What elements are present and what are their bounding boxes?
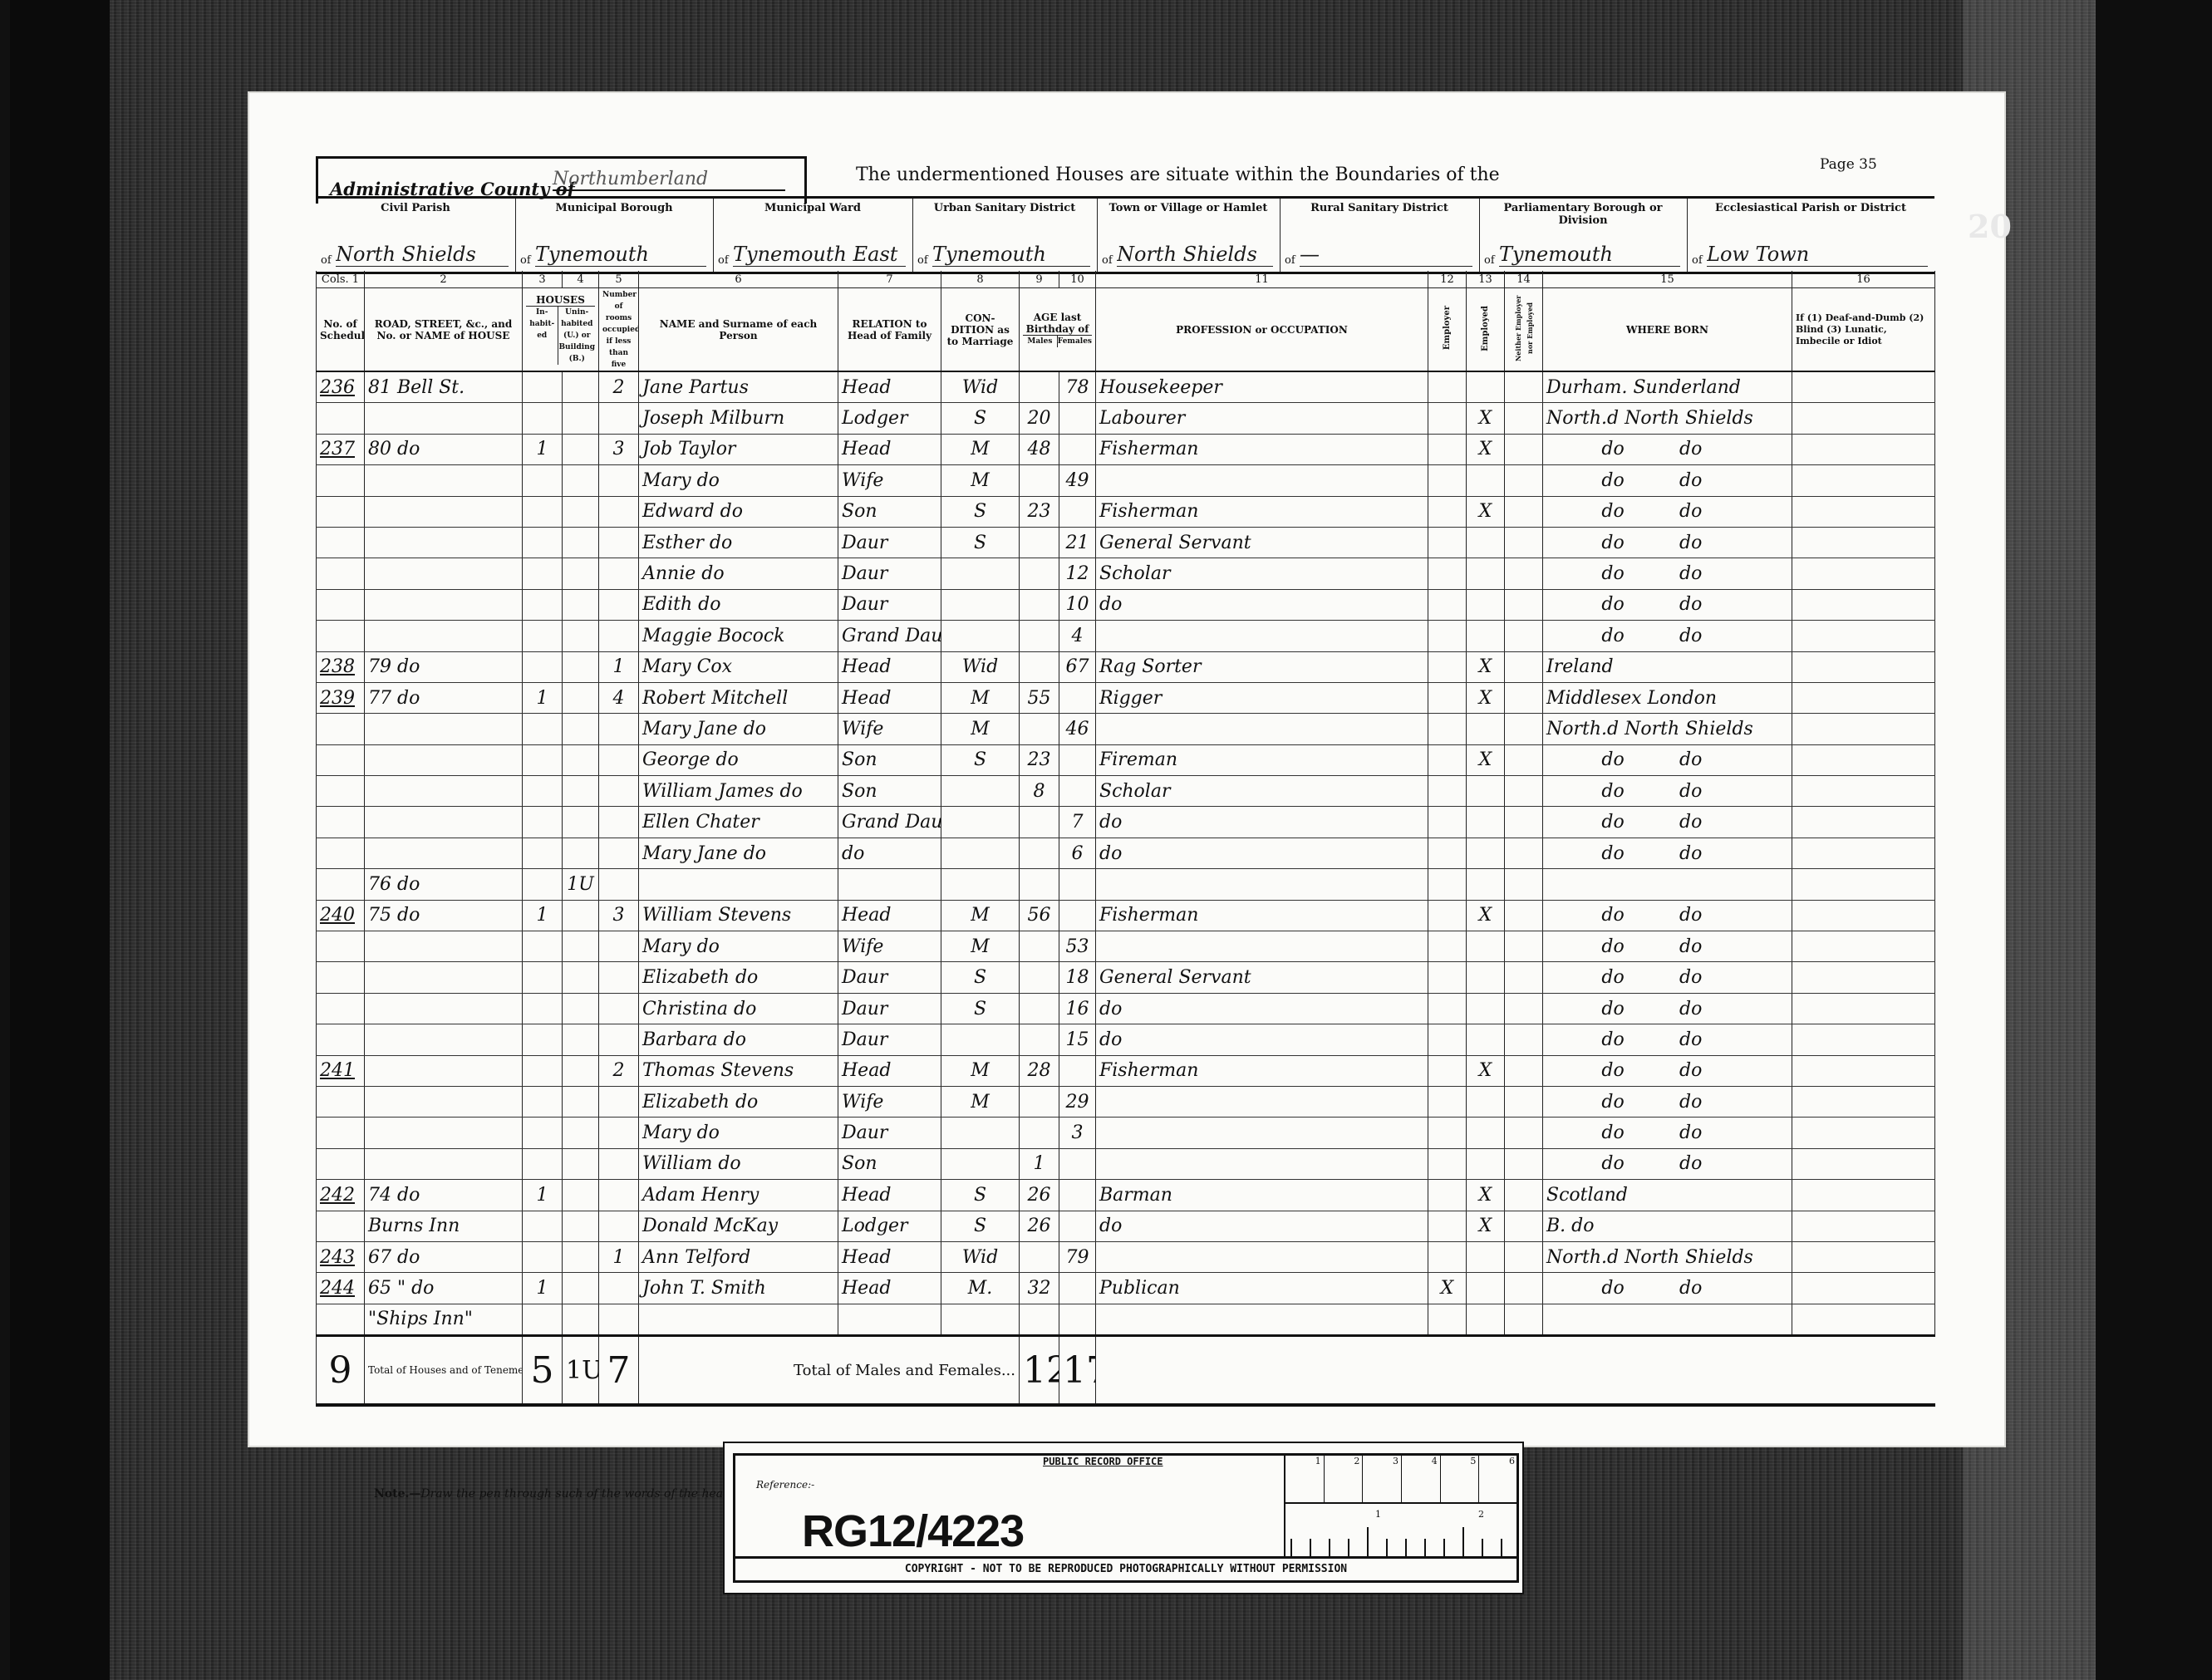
employed-mark: X (1467, 682, 1505, 713)
female-age: 49 (1059, 465, 1096, 496)
inhabited-count (523, 1304, 563, 1335)
table-row: 23879 do1Mary CoxHeadWid67Rag SorterXIre… (317, 651, 1935, 682)
infirmity (1792, 931, 1935, 962)
employer-mark (1428, 931, 1467, 962)
house-address (365, 1086, 523, 1117)
scale-tick (1329, 1539, 1330, 1557)
table-row: Mary doWifeM49dodo (317, 465, 1935, 496)
infirmity (1792, 962, 1935, 993)
neither-mark (1505, 371, 1543, 403)
inhabited-count (523, 589, 563, 620)
occupation (1096, 465, 1428, 496)
rooms-count (599, 838, 639, 868)
person-name: Mary do (639, 1118, 838, 1148)
person-name: John T. Smith (639, 1273, 838, 1304)
uninhabited-count (563, 1118, 599, 1148)
birthplace: dodo (1543, 838, 1792, 868)
relation-to-head: Head (838, 1273, 941, 1304)
employed-mark: X (1467, 744, 1505, 775)
infirmity (1792, 682, 1935, 713)
header-age: AGE last Birthday of Males Females (1020, 288, 1096, 372)
relation-to-head (838, 869, 941, 900)
house-address (365, 931, 523, 962)
total-inhabited: 5 (523, 1336, 563, 1406)
house-address: "Ships Inn" (365, 1304, 523, 1335)
marital-condition: S (941, 527, 1020, 558)
house-address (365, 621, 523, 651)
house-address: 79 do (365, 651, 523, 682)
scale-tick (1367, 1527, 1369, 1557)
neither-mark (1505, 496, 1543, 527)
inhabited-count (523, 744, 563, 775)
rooms-count (599, 1273, 639, 1304)
house-address (365, 714, 523, 744)
male-age: 23 (1020, 496, 1059, 527)
uninhabited-count (563, 1211, 599, 1241)
inhabited-count (523, 838, 563, 868)
occupation: do (1096, 993, 1428, 1024)
employed-mark: X (1467, 1055, 1505, 1086)
birthplace: B. do (1543, 1211, 1792, 1241)
infirmity (1792, 744, 1935, 775)
table-row: Elizabeth doDaurS18General Servantdodo (317, 962, 1935, 993)
inhabited-count (523, 714, 563, 744)
birthplace: dodo (1543, 1024, 1792, 1055)
female-age: 67 (1059, 651, 1096, 682)
occupation (1096, 869, 1428, 900)
marital-condition: M (941, 1055, 1020, 1086)
marital-condition: M (941, 714, 1020, 744)
marital-condition (941, 869, 1020, 900)
header-schedule: No. of Schedule (317, 288, 365, 372)
infirmity (1792, 1273, 1935, 1304)
rooms-count (599, 962, 639, 993)
birthplace: dodo (1543, 900, 1792, 931)
relation-to-head: Wife (838, 931, 941, 962)
house-address (365, 1118, 523, 1148)
birthplace: dodo (1543, 496, 1792, 527)
schedule-number (317, 1211, 365, 1241)
rooms-count (599, 1180, 639, 1211)
birthplace: North.d North Shields (1543, 714, 1792, 744)
female-age (1059, 1148, 1096, 1179)
marital-condition: S (941, 1180, 1020, 1211)
marital-condition: S (941, 993, 1020, 1024)
house-address (365, 465, 523, 496)
marital-condition (941, 1118, 1020, 1148)
neither-mark (1505, 1180, 1543, 1211)
schedule-number (317, 1024, 365, 1055)
male-age (1020, 465, 1059, 496)
neither-mark (1505, 589, 1543, 620)
occupation: Rigger (1096, 682, 1428, 713)
schedule-number (317, 527, 365, 558)
schedule-number (317, 993, 365, 1024)
marital-condition (941, 807, 1020, 838)
table-row: Barbara doDaur15dododo (317, 1024, 1935, 1055)
employer-mark (1428, 589, 1467, 620)
relation-to-head: Head (838, 434, 941, 464)
schedule-number (317, 496, 365, 527)
rooms-count (599, 496, 639, 527)
inhabited-count: 1 (523, 1273, 563, 1304)
birthplace: dodo (1543, 1118, 1792, 1148)
uninhabited-count (563, 651, 599, 682)
occupation (1096, 1118, 1428, 1148)
person-name: Ann Telford (639, 1241, 838, 1272)
schedule-number: 242 (317, 1180, 365, 1211)
inhabited-count (523, 651, 563, 682)
boundaries-text: The undermentioned Houses are situate wi… (856, 165, 1500, 185)
male-age (1020, 589, 1059, 620)
header-occupation: PROFESSION or OCCUPATION (1096, 288, 1428, 372)
census-form: Administrative County of Northumberland … (316, 146, 1934, 1442)
employed-mark: X (1467, 403, 1505, 434)
schedule-number (317, 962, 365, 993)
inhabited-count (523, 1148, 563, 1179)
employed-mark (1467, 371, 1505, 403)
uninhabited-count (563, 744, 599, 775)
inhabited-count (523, 465, 563, 496)
neither-mark (1505, 1241, 1543, 1272)
female-age (1059, 1304, 1096, 1335)
house-address: 65 " do (365, 1273, 523, 1304)
neither-mark (1505, 962, 1543, 993)
infirmity (1792, 1211, 1935, 1241)
rooms-count (599, 744, 639, 775)
occupation: Rag Sorter (1096, 651, 1428, 682)
employed-mark (1467, 589, 1505, 620)
neither-mark (1505, 527, 1543, 558)
uninhabited-count (563, 1180, 599, 1211)
measurement-scale: 1 2 3 4 5 6 1 2 (1284, 1456, 1518, 1557)
employed-mark: X (1467, 496, 1505, 527)
reference-card: PUBLIC RECORD OFFICE Reference:- RG12/42… (723, 1442, 1524, 1594)
table-row: Edward doSonS23FishermanXdodo (317, 496, 1935, 527)
scale-tick (1348, 1539, 1349, 1557)
house-address (365, 589, 523, 620)
birthplace (1543, 869, 1792, 900)
infirmity (1792, 807, 1935, 838)
employed-mark (1467, 527, 1505, 558)
table-row: William James doSon8Scholardodo (317, 776, 1935, 807)
relation-to-head: Daur (838, 993, 941, 1024)
person-name: Donald McKay (639, 1211, 838, 1241)
employed-mark: X (1467, 434, 1505, 464)
occupation (1096, 714, 1428, 744)
scale-tick (1290, 1539, 1292, 1557)
infirmity (1792, 621, 1935, 651)
infirmity (1792, 1180, 1935, 1211)
relation-to-head: Head (838, 900, 941, 931)
female-age (1059, 434, 1096, 464)
scale-tick (1310, 1539, 1311, 1557)
table-row: Edith doDaur10dododo (317, 589, 1935, 620)
house-address (365, 496, 523, 527)
town-village-hamlet: Town or Village or Hamlet of North Shiel… (1097, 199, 1281, 272)
employed-mark (1467, 1241, 1505, 1272)
table-row: George doSonS23FiremanXdodo (317, 744, 1935, 775)
relation-to-head: Daur (838, 1024, 941, 1055)
relation-to-head: Wife (838, 1086, 941, 1117)
employed-mark (1467, 962, 1505, 993)
census-table: Cols. 1 2 3 4 5 6 7 8 9 10 11 12 13 14 1… (316, 271, 1935, 1407)
location-row: Civil Parish of North Shields Municipal … (316, 196, 1934, 274)
relation-to-head (838, 1304, 941, 1335)
total-persons-label: Total of Males and Females... (639, 1336, 1020, 1406)
house-address: 81 Bell St. (365, 371, 523, 403)
female-age (1059, 744, 1096, 775)
schedule-number (317, 869, 365, 900)
header-neither: Neither Employer nor Employed (1505, 288, 1543, 372)
rooms-count (599, 1211, 639, 1241)
schedule-number (317, 558, 365, 589)
rooms-count (599, 403, 639, 434)
employed-mark (1467, 1086, 1505, 1117)
schedule-number (317, 621, 365, 651)
female-age: 7 (1059, 807, 1096, 838)
person-name: Elizabeth do (639, 1086, 838, 1117)
birthplace: dodo (1543, 527, 1792, 558)
schedule-number (317, 931, 365, 962)
table-row: 76 do1U (317, 869, 1935, 900)
uninhabited-count (563, 807, 599, 838)
infirmity (1792, 558, 1935, 589)
marital-condition (941, 1304, 1020, 1335)
schedule-number: 243 (317, 1241, 365, 1272)
male-age (1020, 651, 1059, 682)
scale-tick (1405, 1539, 1407, 1557)
house-address (365, 558, 523, 589)
rooms-count (599, 1024, 639, 1055)
schedule-number (317, 838, 365, 868)
rooms-count (599, 1304, 639, 1335)
male-age (1020, 621, 1059, 651)
neither-mark (1505, 1273, 1543, 1304)
occupation: do (1096, 1211, 1428, 1241)
inhabited-count (523, 807, 563, 838)
employed-mark (1467, 558, 1505, 589)
uninhabited-count (563, 931, 599, 962)
employed-mark: X (1467, 1211, 1505, 1241)
schedule-number (317, 776, 365, 807)
employer-mark (1428, 962, 1467, 993)
rooms-count (599, 1118, 639, 1148)
table-row: Joseph MilburnLodgerS20LabourerXNorth.d … (317, 403, 1935, 434)
employer-mark (1428, 1211, 1467, 1241)
uninhabited-count (563, 993, 599, 1024)
neither-mark (1505, 1304, 1543, 1335)
marital-condition: Wid (941, 651, 1020, 682)
relation-to-head: do (838, 838, 941, 868)
scale-tick (1443, 1539, 1445, 1557)
header-employer: Employer (1428, 288, 1467, 372)
relation-to-head: Head (838, 682, 941, 713)
male-age (1020, 838, 1059, 868)
reference-code: RG12/4223 (802, 1506, 1024, 1557)
house-address (365, 527, 523, 558)
reference-label: Reference:- (756, 1479, 814, 1491)
employed-mark (1467, 807, 1505, 838)
birthplace: dodo (1543, 962, 1792, 993)
relation-to-head: Son (838, 496, 941, 527)
occupation: Barman (1096, 1180, 1428, 1211)
rooms-count (599, 1086, 639, 1117)
table-row: Mary Jane dodo6dododo (317, 838, 1935, 868)
house-address (365, 1024, 523, 1055)
rooms-count (599, 869, 639, 900)
inhabited-count (523, 1241, 563, 1272)
employer-mark (1428, 558, 1467, 589)
employer-mark (1428, 869, 1467, 900)
female-age: 10 (1059, 589, 1096, 620)
occupation: Housekeeper (1096, 371, 1428, 403)
birthplace: North.d North Shields (1543, 403, 1792, 434)
inhabited-count: 1 (523, 682, 563, 713)
employer-mark (1428, 651, 1467, 682)
birthplace: dodo (1543, 434, 1792, 464)
scale-tick (1424, 1539, 1426, 1557)
relation-to-head: Daur (838, 527, 941, 558)
neither-mark (1505, 993, 1543, 1024)
employed-mark (1467, 1024, 1505, 1055)
occupation: Scholar (1096, 776, 1428, 807)
infirmity (1792, 838, 1935, 868)
header-condition: CON-DITION as to Marriage (941, 288, 1020, 372)
house-address: Burns Inn (365, 1211, 523, 1241)
uninhabited-count (563, 403, 599, 434)
birthplace: dodo (1543, 465, 1792, 496)
male-age (1020, 527, 1059, 558)
occupation: Fisherman (1096, 900, 1428, 931)
employed-mark: X (1467, 900, 1505, 931)
male-age (1020, 371, 1059, 403)
employer-mark (1428, 1304, 1467, 1335)
birthplace: Ireland (1543, 651, 1792, 682)
schedule-number (317, 589, 365, 620)
birthplace: dodo (1543, 1273, 1792, 1304)
relation-to-head: Head (838, 1241, 941, 1272)
schedule-number (317, 714, 365, 744)
house-address (365, 1148, 523, 1179)
birthplace: dodo (1543, 1148, 1792, 1179)
rooms-count (599, 1148, 639, 1179)
male-age (1020, 1118, 1059, 1148)
uninhabited-count (563, 682, 599, 713)
male-age (1020, 869, 1059, 900)
employed-mark: X (1467, 651, 1505, 682)
inhabited-count: 1 (523, 434, 563, 464)
employer-mark (1428, 682, 1467, 713)
female-age: 16 (1059, 993, 1096, 1024)
schedule-number (317, 403, 365, 434)
male-age (1020, 931, 1059, 962)
female-age: 46 (1059, 714, 1096, 744)
table-row: 24075 do13William StevensHeadM56Fisherma… (317, 900, 1935, 931)
birthplace: dodo (1543, 993, 1792, 1024)
schedule-number: 238 (317, 651, 365, 682)
marital-condition: S (941, 962, 1020, 993)
uninhabited-count (563, 558, 599, 589)
marital-condition (941, 589, 1020, 620)
employer-mark: X (1428, 1273, 1467, 1304)
table-row: Maggie BocockGrand Daur4dodo (317, 621, 1935, 651)
birthplace: dodo (1543, 744, 1792, 775)
infirmity (1792, 900, 1935, 931)
table-row: 24274 do1Adam HenryHeadS26BarmanXScotlan… (317, 1180, 1935, 1211)
relation-to-head: Daur (838, 589, 941, 620)
relation-to-head: Head (838, 371, 941, 403)
infirmity (1792, 1086, 1935, 1117)
employer-mark (1428, 1241, 1467, 1272)
rooms-count: 3 (599, 434, 639, 464)
female-age (1059, 1211, 1096, 1241)
header-rooms: Number of rooms occupied if less than fi… (599, 288, 639, 372)
occupation: Scholar (1096, 558, 1428, 589)
rooms-count (599, 807, 639, 838)
male-age: 26 (1020, 1211, 1059, 1241)
uninhabited-count (563, 776, 599, 807)
female-age: 12 (1059, 558, 1096, 589)
employer-mark (1428, 496, 1467, 527)
scale-tick (1462, 1527, 1464, 1557)
male-age: 1 (1020, 1148, 1059, 1179)
neither-mark (1505, 807, 1543, 838)
inhabited-count (523, 621, 563, 651)
occupation: Fisherman (1096, 496, 1428, 527)
rooms-count (599, 527, 639, 558)
person-name: Esther do (639, 527, 838, 558)
person-name: Edith do (639, 589, 838, 620)
house-address (365, 1055, 523, 1086)
infirmity (1792, 1241, 1935, 1272)
infirmity (1792, 776, 1935, 807)
header-infirmity: If (1) Deaf-and-Dumb (2) Blind (3) Lunat… (1792, 288, 1935, 372)
column-headers: No. of Schedule ROAD, STREET, &c., and N… (317, 288, 1935, 372)
occupation (1096, 1148, 1428, 1179)
folio-number: 20 (1968, 208, 2012, 245)
employer-mark (1428, 1118, 1467, 1148)
parliamentary-borough: Parliamentary Borough or Division of Tyn… (1479, 199, 1688, 272)
house-address (365, 838, 523, 868)
total-schedules: 9 (317, 1336, 365, 1406)
header-houses: HOUSES In-habit-ed Unin-habited (U.) or … (523, 288, 599, 372)
occupation: General Servant (1096, 527, 1428, 558)
employed-mark (1467, 931, 1505, 962)
marital-condition: S (941, 1211, 1020, 1241)
house-address: 75 do (365, 900, 523, 931)
person-name: Adam Henry (639, 1180, 838, 1211)
uninhabited-count (563, 465, 599, 496)
male-age (1020, 714, 1059, 744)
relation-to-head: Daur (838, 558, 941, 589)
person-name: Thomas Stevens (639, 1055, 838, 1086)
person-name: Robert Mitchell (639, 682, 838, 713)
occupation: General Servant (1096, 962, 1428, 993)
inhabited-count (523, 527, 563, 558)
rural-sanitary-district: Rural Sanitary District of — (1280, 199, 1480, 272)
birthplace: North.d North Shields (1543, 1241, 1792, 1272)
inhabited-count (523, 962, 563, 993)
infirmity (1792, 527, 1935, 558)
male-age: 55 (1020, 682, 1059, 713)
male-age (1020, 1086, 1059, 1117)
employed-mark (1467, 869, 1505, 900)
marital-condition: Wid (941, 371, 1020, 403)
employer-mark (1428, 1148, 1467, 1179)
neither-mark (1505, 621, 1543, 651)
neither-mark (1505, 1148, 1543, 1179)
